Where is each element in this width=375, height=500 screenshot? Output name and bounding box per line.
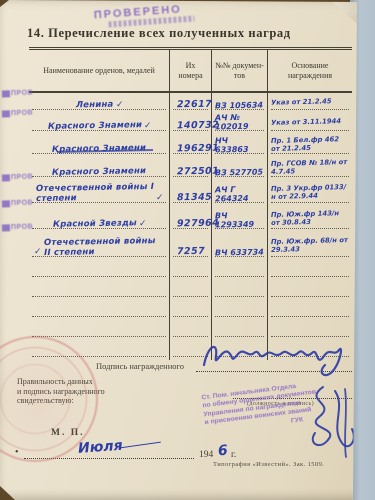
award-name: Красного Знамени xyxy=(48,120,142,132)
award-basis-cell: Пр. 1 Бел.фр 462 от 21.2.45 xyxy=(268,134,352,157)
table-row-empty xyxy=(29,260,352,280)
awardee-signature-scrawl xyxy=(198,329,348,381)
award-number-cell: 927964 xyxy=(170,206,212,232)
handwritten-month: Июля xyxy=(78,435,161,457)
award-number-cell xyxy=(170,300,212,320)
award-number-cell xyxy=(170,280,212,300)
award-name-cell: Красного Знамени xyxy=(29,157,170,180)
document-number: НЧ 633863 xyxy=(215,136,264,155)
award-basis-cell xyxy=(268,280,352,300)
table-row: Красного Знамени 196291 НЧ 633863 Пр. 1 … xyxy=(29,134,352,157)
paper-crease xyxy=(330,0,360,26)
document-number: ВЧ 633734 xyxy=(215,248,264,258)
award-basis-cell: Пр. Юж.фр. 68/н от 29.3.43 xyxy=(268,232,352,260)
table-row: Красной Звезды ✓ 927964 ВЧ 1293349 Пр. Ю… xyxy=(29,206,352,232)
table-row: Ленина ✓ 22617 ВЗ 105634 Указ от 21.2.45 xyxy=(29,93,352,113)
document-number: ВЧ 1293349 xyxy=(215,211,264,230)
margin-check-stamp: ПРОВ xyxy=(2,109,33,117)
award-basis: Пр. 3 Укр.фр 0133/н от 22.9.44 xyxy=(271,182,349,200)
award-number-cell: 81345 xyxy=(170,180,212,206)
ink-blot-icon xyxy=(2,224,10,231)
awards-table-header: Наименование орденов, медалей Их номера … xyxy=(29,47,352,93)
award-name: Красного Знамени xyxy=(52,166,146,178)
award-number: 81345 xyxy=(177,192,212,204)
year-suffix: г. xyxy=(231,450,236,460)
award-number: 272501 xyxy=(177,166,219,178)
award-number: 927964 xyxy=(177,218,219,230)
award-name-cell: Красной Звезды ✓ xyxy=(29,206,170,232)
award-basis-cell xyxy=(268,300,352,320)
award-name-cell: Отечественной войны I степени ✓ xyxy=(29,180,170,206)
table-row-empty xyxy=(29,280,352,300)
award-number-cell: 140732 xyxy=(170,113,212,134)
header-award-number: Их номера xyxy=(170,50,212,91)
award-number: 196291 xyxy=(177,143,219,155)
table-row: Красного Знамени 272501 ВЗ 527705 Пр. ГС… xyxy=(29,157,352,180)
header-award-basis: Основание награждения xyxy=(268,50,352,91)
year-prefix: 194 xyxy=(199,450,213,460)
verified-stamp: ПРОВЕРЕНО xyxy=(93,3,194,29)
award-basis-cell: Пр. ГСОВ № 18/н от 4.7.45 xyxy=(268,157,352,180)
award-number-cell: 272501 xyxy=(170,157,212,180)
table-row: Отечественной войны I степени ✓ 81345 АЧ… xyxy=(29,180,352,206)
ink-blot-icon xyxy=(2,90,10,97)
header-document-number: №№ докумен- тов xyxy=(212,50,268,91)
award-name-cell xyxy=(29,300,170,320)
document-number: АЧ № 102019 xyxy=(215,113,264,132)
table-row: Красного Знамени ✓ 140732 АЧ № 102019 Ук… xyxy=(29,113,352,134)
checkmark-icon: ✓ xyxy=(34,247,42,257)
section-title: 14. Перечисление всех полученных наград xyxy=(27,26,291,41)
award-basis: Пр. ГСОВ № 18/н от 4.7.45 xyxy=(271,158,349,176)
table-row-empty xyxy=(29,300,352,320)
document-number-cell: ВЗ 527705 xyxy=(212,157,268,180)
document-number-cell: АЧ Г 264324 xyxy=(212,180,268,206)
handwritten-year-digit: 6 xyxy=(217,443,228,460)
awards-table-body: Ленина ✓ 22617 ВЗ 105634 Указ от 21.2.45… xyxy=(29,93,352,360)
ink-blot-icon xyxy=(2,200,10,207)
award-name-cell: Красного Знамени ✓ xyxy=(29,113,170,134)
document-number-cell xyxy=(212,300,268,320)
award-number-cell: 22617 xyxy=(170,93,212,113)
awards-table: Наименование орденов, медалей Их номера … xyxy=(29,47,352,360)
margin-check-stamp: ПРОВ xyxy=(2,199,33,207)
award-name-cell: Ленина ✓ xyxy=(29,93,170,113)
margin-check-stamp: ПРОВ xyxy=(2,223,33,231)
award-name: Отечественной войны II степени xyxy=(43,236,162,258)
award-basis-cell: Пр. 3 Укр.фр 0133/н от 22.9.44 xyxy=(268,180,352,206)
award-basis: Пр. Юж.фр 143/н от 30.8.43 xyxy=(271,208,349,226)
award-basis: Указ от 3.11.1944 xyxy=(271,117,341,127)
award-name-cell xyxy=(29,280,170,300)
award-basis-cell xyxy=(268,260,352,280)
award-record-card: 14. Перечисление всех полученных наград … xyxy=(0,0,375,500)
document-number-cell xyxy=(212,260,268,280)
award-basis-cell: Указ от 21.2.45 xyxy=(268,93,352,113)
document-number-cell: ВЧ 1293349 xyxy=(212,206,268,232)
award-name: Отечественной войны I степени xyxy=(36,182,155,204)
margin-check-stamp: ПРОВ xyxy=(2,173,33,181)
award-number: 7257 xyxy=(177,246,205,257)
ink-blot-icon xyxy=(2,174,10,181)
award-name: Красной Звезды xyxy=(53,218,137,229)
awardee-signature-label: Подпись награжденного xyxy=(96,361,184,371)
award-number-cell: 7257 xyxy=(170,232,212,260)
document-number: АЧ Г 264324 xyxy=(215,185,264,204)
award-basis-cell: Пр. Юж.фр 143/н от 30.8.43 xyxy=(268,206,352,232)
document-number-cell: НЧ 633863 xyxy=(212,134,268,157)
document-number-cell xyxy=(212,280,268,300)
award-basis-cell: Указ от 3.11.1944 xyxy=(268,113,352,134)
checkmark-icon: ✓ xyxy=(156,193,164,203)
checkmark-icon: ✓ xyxy=(116,100,124,110)
printing-house-note: Типография «Известий». Зак. 1509. xyxy=(213,461,324,468)
award-name-cell: Красного Знамени xyxy=(29,134,170,157)
margin-check-stamp: ПРОВ xyxy=(2,89,33,97)
award-number-cell: 196291 xyxy=(170,134,212,157)
document-number: ВЗ 527705 xyxy=(215,168,263,178)
award-name: Ленина xyxy=(76,100,114,111)
document-number-cell: ВЗ 105634 xyxy=(212,93,268,113)
document-number: ВЗ 105634 xyxy=(215,101,263,111)
award-name: Красного Знамени xyxy=(52,143,146,155)
document-number-cell: АЧ № 102019 xyxy=(212,113,268,134)
ink-blot-icon xyxy=(2,110,10,117)
award-name-cell xyxy=(29,260,170,280)
checkmark-icon: ✓ xyxy=(139,219,147,229)
award-number-cell xyxy=(170,260,212,280)
table-row: ✓ Отечественной войны II степени 7257 ВЧ… xyxy=(29,232,352,260)
header-award-name: Наименование орденов, медалей xyxy=(29,50,170,91)
award-name-cell: ✓ Отечественной войны II степени xyxy=(29,232,170,260)
checkmark-icon: ✓ xyxy=(144,121,152,131)
award-number: 140732 xyxy=(177,120,219,132)
document-number-cell: ВЧ 633734 xyxy=(212,232,268,260)
round-red-seal-core-ring xyxy=(0,364,70,434)
award-basis: Указ от 21.2.45 xyxy=(271,97,332,107)
award-basis: Пр. Юж.фр. 68/н от 29.3.43 xyxy=(271,235,349,253)
award-basis: Пр. 1 Бел.фр 462 от 21.2.45 xyxy=(271,135,349,153)
award-number: 22617 xyxy=(177,99,212,111)
